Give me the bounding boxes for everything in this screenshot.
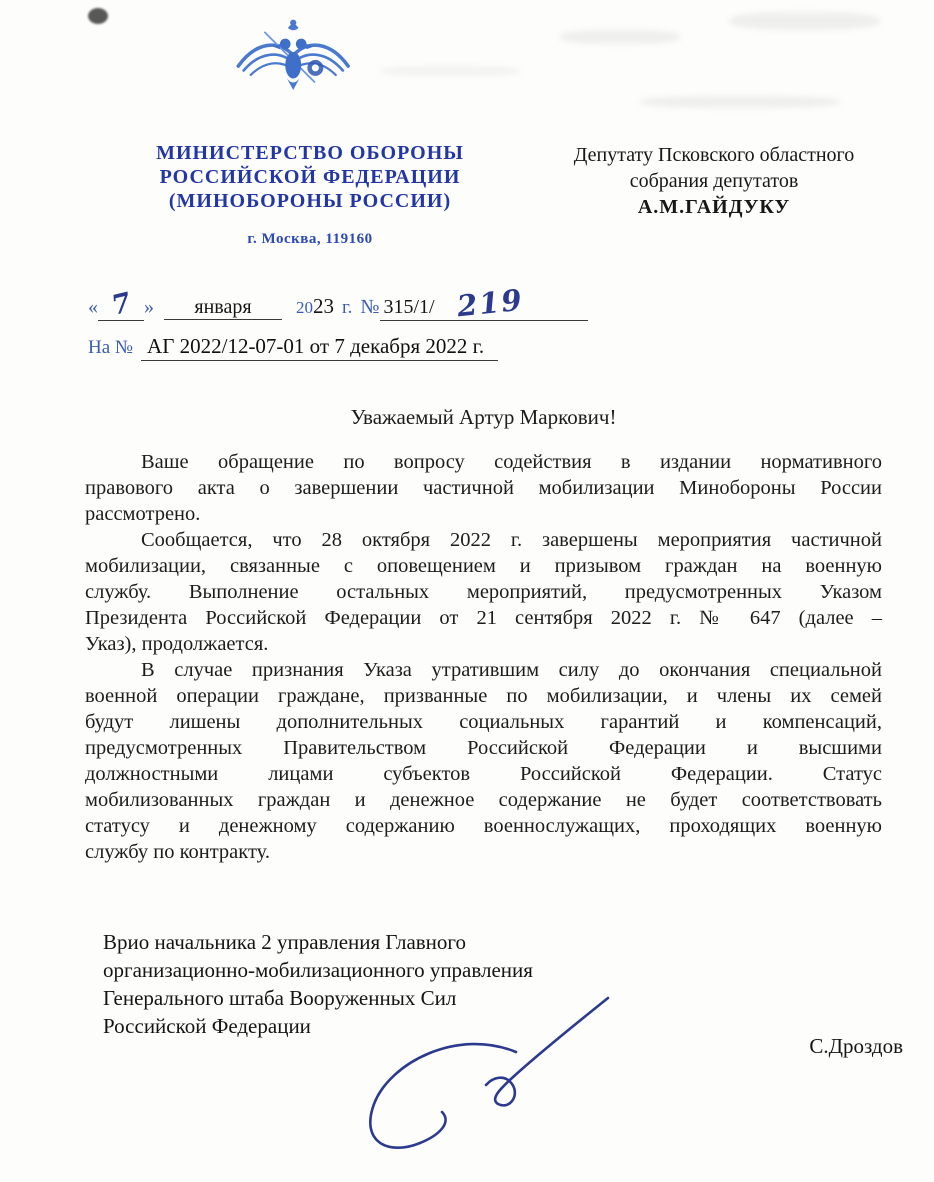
letter-body: Уважаемый Артур Маркович! Ваше обращение…: [85, 405, 882, 865]
handwritten-number: 219: [455, 283, 525, 324]
number-sign: №: [360, 296, 379, 319]
signer-position-line: организационно-мобилизационного управлен…: [103, 956, 663, 984]
body-line: службу. Выполнение остальных мероприятий…: [85, 579, 882, 605]
paragraph: Сообщается, что 28 октября 2022 г. завер…: [85, 527, 882, 657]
year-prefix: 20: [296, 298, 313, 318]
ministry-eagle-emblem-icon: [233, 10, 357, 108]
ref-label: На №: [88, 337, 133, 359]
printed-number: 315/1/: [384, 296, 435, 318]
scan-smudge: [88, 8, 108, 24]
scanned-letter-page: МИНИСТЕРСТВО ОБОРОНЫ РОССИЙСКОЙ ФЕДЕРАЦИ…: [0, 0, 934, 1182]
recipient-name: А.М.ГАЙДУКУ: [512, 194, 916, 220]
body-line: военной операции граждане, призванные по…: [85, 683, 882, 709]
body-line: Президента Российской Федерации от 21 се…: [85, 605, 882, 631]
ministry-name-line: РОССИЙСКОЙ ФЕДЕРАЦИИ: [108, 165, 512, 189]
month-field: января: [164, 296, 282, 320]
year-value: 23: [313, 294, 334, 319]
scan-smudge: [560, 30, 680, 44]
number-field: 315/1/219: [380, 286, 588, 321]
body-line: В случае признания Указа утратившим силу…: [85, 657, 882, 683]
day-field: 7: [98, 289, 144, 321]
signer-position-line: Врио начальника 2 управления Главного: [103, 928, 663, 956]
body-line: будут лишены дополнительных социальных г…: [85, 709, 882, 735]
scan-smudge: [380, 66, 520, 76]
year-suffix: г.: [342, 297, 352, 319]
recipient-line: Депутату Псковского областного: [512, 142, 916, 168]
open-quote: «: [88, 296, 98, 319]
body-line: мобилизации, связанные с оповещением и п…: [85, 553, 882, 579]
ministry-name-line: МИНИСТЕРСТВО ОБОРОНЫ: [108, 141, 512, 165]
ref-value: АГ 2022/12-07-01 от 7 декабря 2022 г.: [141, 334, 498, 361]
handwritten-day: 7: [108, 287, 134, 322]
body-line: Ваше обращение по вопросу содействия в и…: [85, 449, 882, 475]
body-line: правового акта о завершении частичной мо…: [85, 475, 882, 501]
body-line: рассмотрено.: [85, 501, 882, 527]
paragraph: В случае признания Указа утратившим силу…: [85, 657, 882, 865]
close-quote: »: [144, 296, 154, 319]
scan-smudge: [640, 96, 840, 108]
recipient-line: собрания депутатов: [512, 168, 916, 194]
handwritten-signature: [340, 992, 660, 1172]
ministry-address: г. Москва, 119160: [108, 231, 512, 248]
ministry-name-block: МИНИСТЕРСТВО ОБОРОНЫ РОССИЙСКОЙ ФЕДЕРАЦИ…: [108, 141, 512, 213]
body-line: мобилизованных граждан и денежное содерж…: [85, 787, 882, 813]
signer-name: С.Дроздов: [640, 1034, 903, 1059]
body-line: службу по контракту.: [85, 839, 882, 865]
scan-smudge: [730, 12, 880, 30]
body-line: статусу и денежному содержанию военнослу…: [85, 813, 882, 839]
salutation: Уважаемый Артур Маркович!: [85, 405, 882, 430]
paragraph: Ваше обращение по вопросу содействия в и…: [85, 449, 882, 527]
incoming-reference-line: На № АГ 2022/12-07-01 от 7 декабря 2022 …: [88, 334, 498, 361]
body-line: Сообщается, что 28 октября 2022 г. завер…: [85, 527, 882, 553]
body-line: Указ), продолжается.: [85, 631, 882, 657]
ministry-name-line: (МИНОБОРОНЫ РОССИИ): [108, 189, 512, 213]
recipient-block: Депутату Псковского областного собрания …: [512, 142, 916, 220]
body-line: предусмотренных Правительством Российско…: [85, 735, 882, 761]
date-number-line: « 7 » января 20 23 г. № 315/1/219: [88, 286, 588, 321]
body-line: должностными лицами субъектов Российской…: [85, 761, 882, 787]
